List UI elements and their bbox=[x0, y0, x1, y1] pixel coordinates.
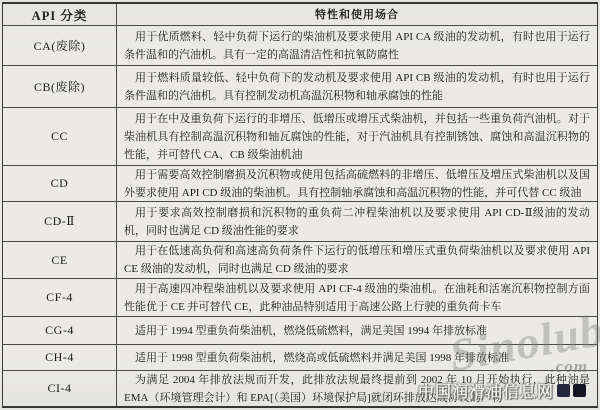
description-cell: 为满足 2004 年排放法规而开发，此排放法规最终提前到 2002 年 10 月… bbox=[117, 371, 597, 406]
description-text: 用于优质燃料、轻中负荷下运行的柴油机及要求使用 API CA 级油的发动机，有时… bbox=[124, 28, 590, 64]
api-category-cell: CD-Ⅱ bbox=[3, 202, 117, 241]
table-row-ce: CE 用于在低速高负荷和高速高负荷条件下运行的低增压和增压式重负荷柴油机以及要求… bbox=[3, 241, 597, 278]
description-cell: 用于要求高效控制磨损和沉积物的重负荷二冲程柴油机以及要求使用 API CD-Ⅱ级… bbox=[117, 202, 597, 241]
table-row-cc: CC 用于在中及重负荷下运行的非增压、低增压或增压式柴油机，并包括一些重负荷汽油… bbox=[3, 107, 597, 165]
scanned-document-page: API 分类 特性和使用场合 CA(废除) 用于优质燃料、轻中负荷下运行的柴油机… bbox=[0, 0, 600, 410]
description-cell: 适用于 1998 型重负荷柴油机，燃烧高或低硫燃料并满足美国 1998 年排放标… bbox=[117, 345, 597, 370]
api-category-cell: CH-4 bbox=[3, 345, 117, 370]
description-text: 用于在中及重负荷下运行的非增压、低增压或增压式柴油机，并包括一些重负荷汽油机。对… bbox=[124, 110, 590, 164]
table-row-cf4: CF-4 用于高速四冲程柴油机以及要求使用 API CF-4 级油的柴油机。在油… bbox=[3, 278, 597, 316]
table-row-cb: CB(废除) 用于燃料质量较低、轻中负荷下的发动机及要求使用 API CB 级油… bbox=[3, 65, 597, 107]
api-category-cell: CE bbox=[3, 242, 117, 278]
api-category-cell: CG-4 bbox=[3, 317, 117, 344]
column-header-characteristics: 特性和使用场合 bbox=[117, 4, 597, 25]
api-category-cell: CD bbox=[3, 166, 117, 201]
description-cell: 适用于 1994 型重负荷柴油机，燃烧低硫燃料，满足美国 1994 年排放标准 bbox=[117, 317, 597, 344]
table-row-ch4: CH-4 适用于 1998 型重负荷柴油机，燃烧高或低硫燃料并满足美国 1998… bbox=[3, 344, 597, 370]
api-category-cell: CF-4 bbox=[3, 279, 117, 316]
description-text: 适用于 1998 型重负荷柴油机，燃烧高或低硫燃料并满足美国 1998 年排放标… bbox=[124, 349, 590, 367]
description-cell: 用于在低速高负荷和高速高负荷条件下运行的低增压和增压式重负荷柴油机以及要求使用 … bbox=[117, 242, 597, 278]
table-row-cd2: CD-Ⅱ 用于要求高效控制磨损和沉积物的重负荷二冲程柴油机以及要求使用 API … bbox=[3, 201, 597, 241]
description-text: 用于高速四冲程柴油机以及要求使用 API CF-4 级油的柴油机。在油耗和活塞沉… bbox=[124, 280, 590, 316]
column-header-characteristics-label: 特性和使用场合 bbox=[124, 6, 590, 24]
description-cell: 用于高速四冲程柴油机以及要求使用 API CF-4 级油的柴油机。在油耗和活塞沉… bbox=[117, 279, 597, 316]
description-text: 用于燃料质量较低、轻中负荷下的发动机及要求使用 API CB 级油的发动机，有时… bbox=[124, 69, 590, 105]
description-cell: 用于在中及重负荷下运行的非增压、低增压或增压式柴油机，并包括一些重负荷汽油机。对… bbox=[117, 108, 597, 165]
api-classification-table: API 分类 特性和使用场合 CA(废除) 用于优质燃料、轻中负荷下运行的柴油机… bbox=[2, 2, 598, 408]
table-row-cd: CD 用于需要高效控制磨损及沉积物或使用包括高硫燃料的非增压、低增压及增压式柴油… bbox=[3, 165, 597, 201]
description-cell: 用于优质燃料、轻中负荷下运行的柴油机及要求使用 API CA 级油的发动机，有时… bbox=[117, 26, 597, 65]
description-text: 为满足 2004 年排放法规而开发，此排放法规最终提前到 2002 年 10 月… bbox=[124, 371, 590, 406]
description-text: 用于需要高效控制磨损及沉积物或使用包括高硫燃料的非增压、低增压及增压式柴油机以及… bbox=[124, 166, 590, 201]
description-cell: 用于燃料质量较低、轻中负荷下的发动机及要求使用 API CB 级油的发动机，有时… bbox=[117, 66, 597, 107]
api-category-cell: CC bbox=[3, 108, 117, 165]
description-cell: 用于需要高效控制磨损及沉积物或使用包括高硫燃料的非增压、低增压及增压式柴油机以及… bbox=[117, 166, 597, 201]
api-category-cell: CI-4 bbox=[3, 371, 117, 406]
table-header-row: API 分类 特性和使用场合 bbox=[3, 4, 597, 25]
table-row-ci4: CI-4 为满足 2004 年排放法规而开发，此排放法规最终提前到 2002 年… bbox=[3, 370, 597, 406]
description-text: 用于在低速高负荷和高速高负荷条件下运行的低增压和增压式重负荷柴油机以及要求使用 … bbox=[124, 242, 590, 278]
table-row-ca: CA(废除) 用于优质燃料、轻中负荷下运行的柴油机及要求使用 API CA 级油… bbox=[3, 25, 597, 65]
table-row-cg4: CG-4 适用于 1994 型重负荷柴油机，燃烧低硫燃料，满足美国 1994 年… bbox=[3, 316, 597, 344]
description-text: 适用于 1994 型重负荷柴油机，燃烧低硫燃料，满足美国 1994 年排放标准 bbox=[124, 322, 590, 340]
api-category-cell: CA(废除) bbox=[3, 26, 117, 65]
api-category-cell: CB(废除) bbox=[3, 66, 117, 107]
column-header-api-category: API 分类 bbox=[3, 4, 117, 25]
description-text: 用于要求高效控制磨损和沉积物的重负荷二冲程柴油机以及要求使用 API CD-Ⅱ级… bbox=[124, 204, 590, 240]
